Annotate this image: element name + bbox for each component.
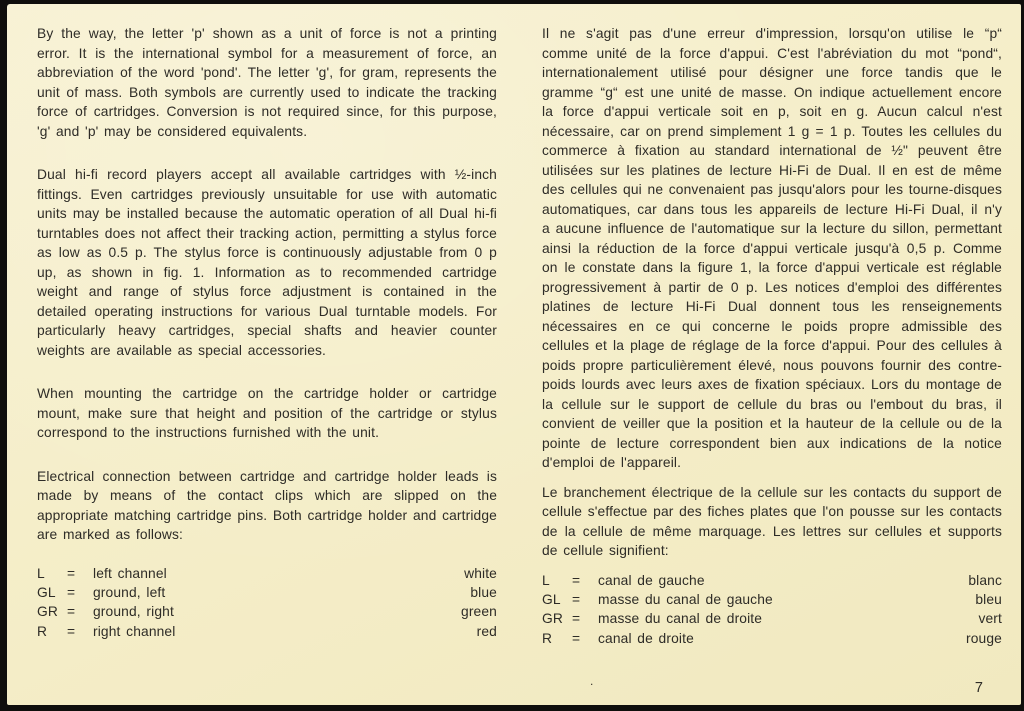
equals-sign: = <box>572 629 598 648</box>
wire-color: blanc <box>968 571 1002 590</box>
equals-sign: = <box>67 583 93 602</box>
manual-page: By the way, the letter 'p' shown as a un… <box>7 4 1021 705</box>
table-row: GL = masse du canal de gauche bleu <box>542 590 1002 609</box>
paragraph-pond-explanation: By the way, the letter 'p' shown as a un… <box>37 24 497 141</box>
wire-color: blue <box>470 583 497 602</box>
page-number: 7 <box>975 680 983 696</box>
print-speck: . <box>590 674 593 688</box>
equals-sign: = <box>67 602 93 621</box>
column-french: Il ne s'agit pas d'une erreur d'impressi… <box>542 24 1002 648</box>
connector-label: ground, right <box>93 602 461 621</box>
table-row: R = canal de droite rouge <box>542 629 1002 648</box>
connector-code: L <box>37 564 67 583</box>
connector-table-english: L = left channel white GL = ground, left… <box>37 564 497 642</box>
connector-label: canal de gauche <box>598 571 968 590</box>
connector-code: R <box>37 622 67 641</box>
connector-label: masse du canal de gauche <box>598 590 975 609</box>
connector-label: left channel <box>93 564 464 583</box>
connector-table-french: L = canal de gauche blanc GL = masse du … <box>542 571 1002 649</box>
connector-code: GL <box>37 583 67 602</box>
equals-sign: = <box>572 571 598 590</box>
paragraph-cartridge-compatibility: Dual hi-fi record players accept all ava… <box>37 165 497 360</box>
equals-sign: = <box>572 609 598 628</box>
table-row: GR = ground, right green <box>37 602 497 621</box>
paragraph-pond-explication-fr: Il ne s'agit pas d'une erreur d'impressi… <box>542 24 1002 473</box>
paragraph-mounting: When mounting the cartridge on the cartr… <box>37 384 497 443</box>
connector-code: GL <box>542 590 572 609</box>
wire-color: rouge <box>966 629 1002 648</box>
connector-code: GR <box>37 602 67 621</box>
wire-color: white <box>464 564 497 583</box>
table-row: GL = ground, left blue <box>37 583 497 602</box>
table-row: R = right channel red <box>37 622 497 641</box>
equals-sign: = <box>67 564 93 583</box>
table-row: GR = masse du canal de droite vert <box>542 609 1002 628</box>
paragraph-branchement-electrique-fr: Le branchement électrique de la cellule … <box>542 483 1002 561</box>
wire-color: vert <box>978 609 1002 628</box>
table-row: L = canal de gauche blanc <box>542 571 1002 590</box>
connector-label: ground, left <box>93 583 470 602</box>
scan-border: By the way, the letter 'p' shown as a un… <box>0 0 1024 711</box>
column-english: By the way, the letter 'p' shown as a un… <box>37 24 497 648</box>
connector-code: GR <box>542 609 572 628</box>
paragraph-electrical-connection: Electrical connection between cartridge … <box>37 467 497 545</box>
wire-color: green <box>461 602 497 621</box>
table-row: L = left channel white <box>37 564 497 583</box>
wire-color: bleu <box>975 590 1002 609</box>
two-column-layout: By the way, the letter 'p' shown as a un… <box>7 4 1021 648</box>
equals-sign: = <box>572 590 598 609</box>
connector-code: L <box>542 571 572 590</box>
equals-sign: = <box>67 622 93 641</box>
connector-label: masse du canal de droite <box>598 609 978 628</box>
connector-label: canal de droite <box>598 629 966 648</box>
connector-code: R <box>542 629 572 648</box>
wire-color: red <box>477 622 497 641</box>
connector-label: right channel <box>93 622 477 641</box>
